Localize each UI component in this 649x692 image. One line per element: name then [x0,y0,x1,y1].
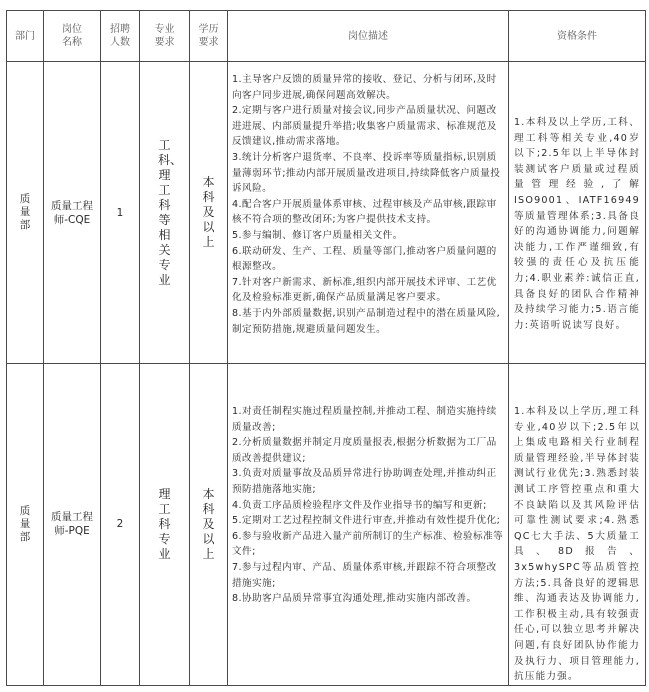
description-item: 7.参与过程内审、产品、质量体系审核,并跟踪不符合项整改措施实施; [232,560,504,591]
header-count: 招聘人数 [101,11,140,62]
qualifications-text: 1.本科及以上学历,理工科专业,40岁以下;2.5年以上集成电路相关行业制程质量… [509,364,645,685]
table-row: 质量部 质量工程师-CQE 1 工科、理工科等相关专业 本科及以上 1.主导客户… [7,62,646,364]
description-item: 4.配合客户开展质量体系审核、过程审核及产品审核,跟踪审核不符合项的整改闭环;为… [232,197,504,228]
header-title: 岗位名称 [44,11,101,62]
job-title-cell: 质量工程师-PQE [44,364,101,686]
description-item: 8.基于内外部质量数据,识别产品制造过程中的潜在质量风险,制定预防措施,规避质量… [232,306,504,337]
job-posting-table: 部门 岗位名称 招聘人数 专业要求 学历要求 岗位描述 资格条件 质量部 质量工… [6,10,646,686]
dept-cell: 质量部 [7,62,44,364]
description-item: 3.统计分析客户退货率、不良率、投诉率等质量指标,识别质量薄弱环节;推动内部开展… [232,150,504,197]
description-item: 6.联动研发、生产、工程、质量等部门,推动客户质量问题的根源整改。 [232,244,504,275]
header-education: 学历要求 [190,11,228,62]
description-item: 3.负责对质量事故及品质异常进行协助调查处理,并推动纠正预防措施落地实施; [232,466,504,497]
description-item: 2.分析质量数据并制定月度质量报表,根据分析数据为工厂品质改善提供建议; [232,435,504,466]
table-row: 质量部 质量工程师-PQE 2 理工科专业 本科及以上 1.对责任制程实施过程质… [7,364,646,686]
dept-cell: 质量部 [7,364,44,686]
description-item: 2.定期与客户进行质量对接会议,同步产品质量状况、问题改进进展、内部质量提升举措… [232,103,504,150]
header-qualifications: 资格条件 [509,11,646,62]
major-cell: 理工科专业 [140,364,190,686]
header-major: 专业要求 [140,11,190,62]
header-description: 岗位描述 [228,11,509,62]
description-item: 5.定期对工艺过程控制文件进行审查,并推动有效性提升优化; [232,513,504,529]
header-dept: 部门 [7,11,44,62]
qualifications-text: 1.本科及以上学历,工科、理工科等相关专业,40岁以下;2.5年以上半导体封装测… [509,62,645,333]
description-cell: 1.主导客户反馈的质量异常的接收、登记、分析与闭环,及时向客户同步进展,确保问题… [228,62,509,364]
headcount-cell: 2 [101,364,140,686]
major-cell: 工科、理工科等相关专业 [140,62,190,364]
description-item: 7.针对客户新需求、新标准,组织内部开展技术评审、工艺优化及检验标准更新,确保产… [232,275,504,306]
qualifications-cell: 1.本科及以上学历,工科、理工科等相关专业,40岁以下;2.5年以上半导体封装测… [509,62,646,364]
education-cell: 本科及以上 [190,62,228,364]
header-row: 部门 岗位名称 招聘人数 专业要求 学历要求 岗位描述 资格条件 [7,11,646,62]
description-item: 4.负责工序品质检验程序文件及作业指导书的编写和更新; [232,498,504,514]
education-cell: 本科及以上 [190,364,228,686]
job-title-cell: 质量工程师-CQE [44,62,101,364]
description-item: 6.参与验收新产品进入量产前所制订的生产标准、检验标准等文件; [232,529,504,560]
headcount-cell: 1 [101,62,140,364]
qualifications-cell: 1.本科及以上学历,理工科专业,40岁以下;2.5年以上集成电路相关行业制程质量… [509,364,646,686]
description-item: 8.协助客户品质异常事宜沟通处理,推动实施内部改善。 [232,591,504,607]
description-item: 1.主导客户反馈的质量异常的接收、登记、分析与闭环,及时向客户同步进展,确保问题… [232,72,504,103]
description-item: 5.参与编制、修订客户质量相关文件。 [232,228,504,244]
description-cell: 1.对责任制程实施过程质量控制,并推动工程、制造实施持续质量改善; 2.分析质量… [228,364,509,686]
description-item: 1.对责任制程实施过程质量控制,并推动工程、制造实施持续质量改善; [232,404,504,435]
